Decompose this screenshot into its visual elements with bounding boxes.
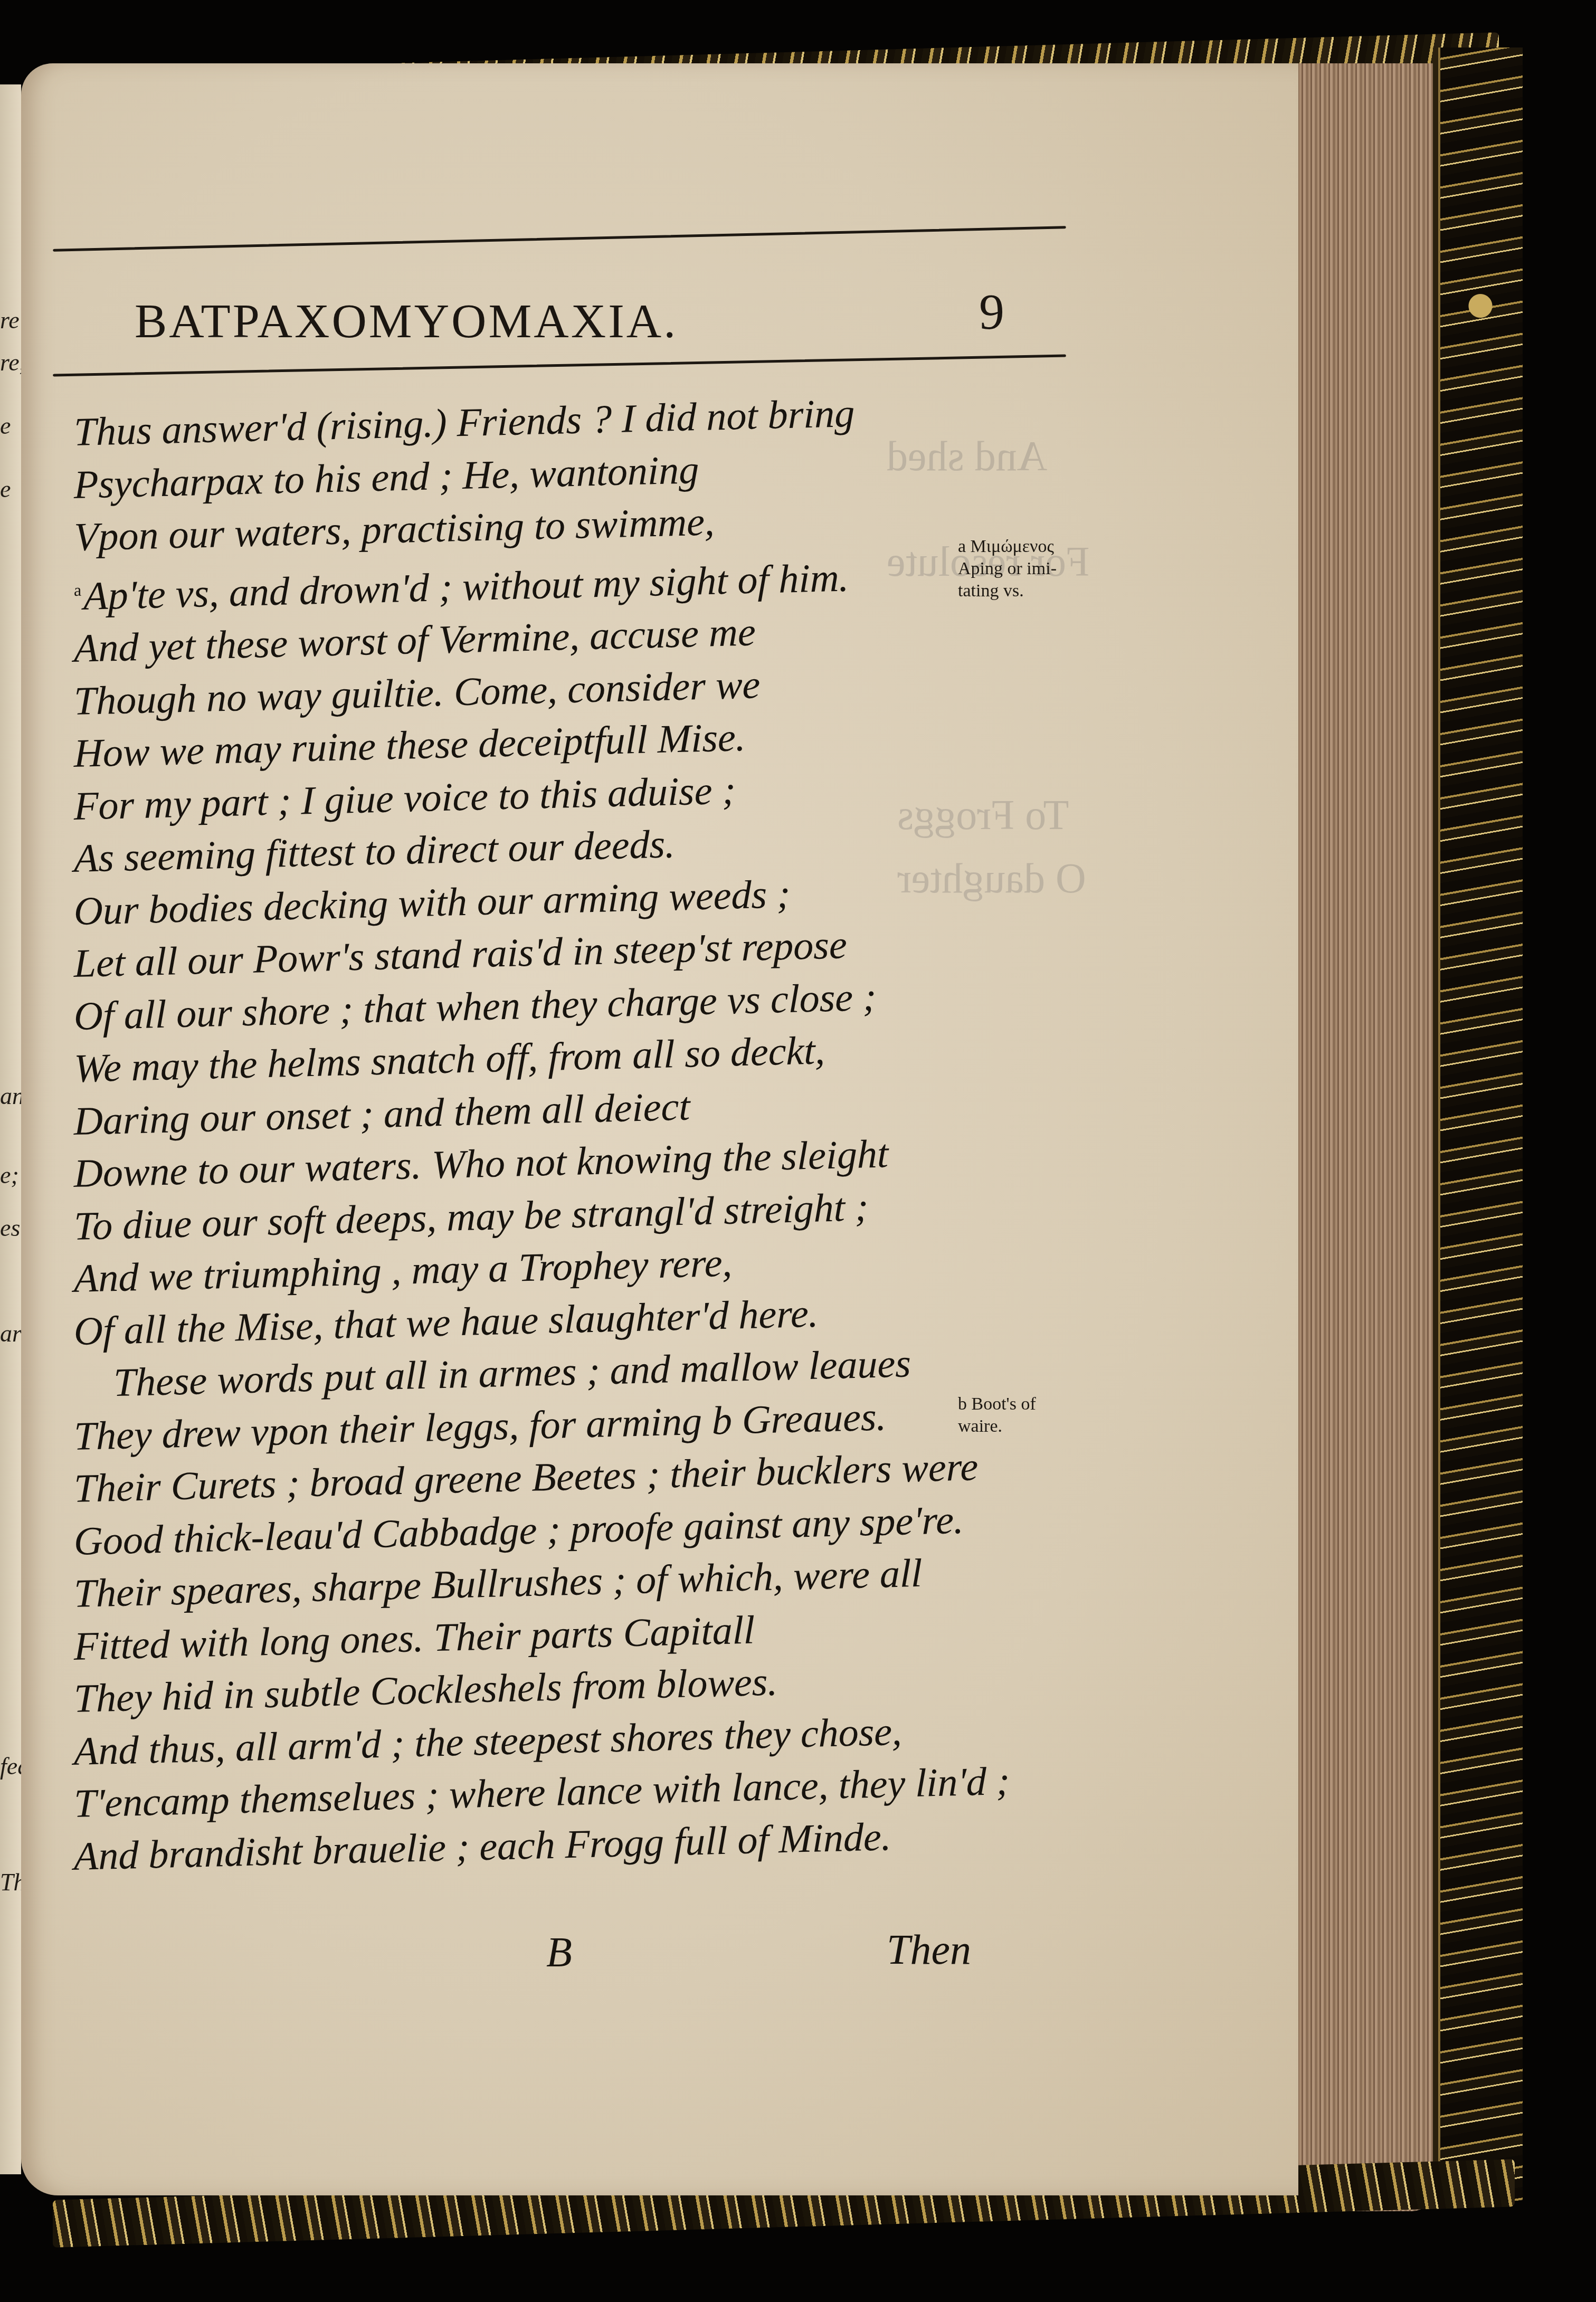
facing-fragment: e [0,412,21,440]
facing-fragment: arme [0,1319,21,1347]
facing-fragment: Th [0,1868,21,1896]
facing-fragment: re, [0,348,21,376]
side-note-line: b Boot's of [958,1393,1036,1415]
side-note-line: a Μιμώμενος [958,536,1057,558]
gilt-binding-right [1433,47,1523,2201]
page-fore-edge [1288,63,1433,2211]
book-page: And shed For resolute To Froggs O daught… [21,63,1298,2195]
header-rule-bottom [53,355,1066,377]
signature-mark: B [546,1929,572,1977]
side-note-a: a Μιμώμενος Aping or imi- tating vs. [958,536,1057,602]
facing-fragment: es ; [0,1214,21,1242]
side-note-line: tating vs. [958,580,1057,602]
side-note-b: b Boot's of waire. [958,1393,1036,1438]
facing-fragment: re [0,306,21,334]
facing-fragment: e; [0,1161,21,1189]
side-note-line: Aping or imi- [958,558,1057,580]
footnote-marker-a: a [74,580,81,599]
running-title: BATPAXOMYOMAXIA. [135,293,678,349]
facing-fragment: and [0,1082,21,1110]
header-rule-top [53,226,1066,252]
verse-text-block: Thus answer'd (rising.) Friends ? I did … [74,406,982,1883]
page-number: 9 [979,282,1004,341]
side-note-line: waire. [958,1415,1036,1438]
facing-fragment: e [0,475,21,503]
facing-page-edge: re re, e e and e; es ; arme fear Th [0,84,21,2174]
facing-fragment: fear [0,1752,21,1780]
catchword: Then [887,1926,971,1974]
